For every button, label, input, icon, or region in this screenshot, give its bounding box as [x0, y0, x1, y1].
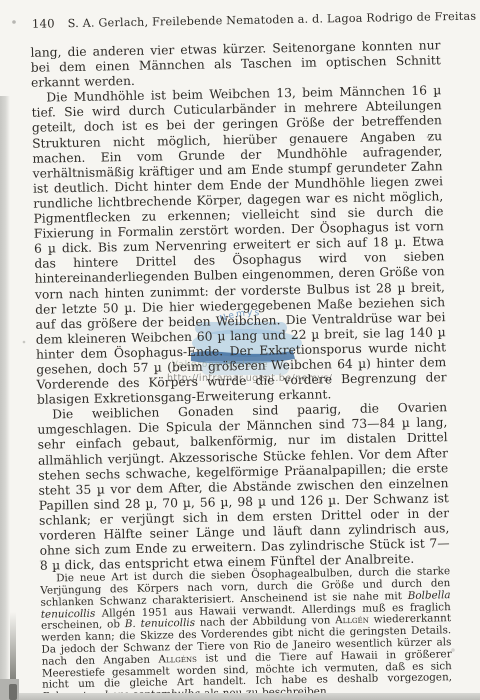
paragraph-discussion: Die neue Art ist durch die sieben Ösopha… — [40, 566, 452, 700]
running-head: 140 S. A. Gerlach, Freilebende Nematoden… — [32, 9, 438, 30]
text-body: lang, die anderen vier etwas kürzer. Sei… — [30, 38, 452, 700]
paragraph-gonaden: Die weiblichen Gonaden sind paarig, die … — [37, 400, 450, 574]
scan-corner-dark-spot — [9, 684, 17, 700]
paragraph-continuation: lang, die anderen vier etwas kürzer. Sei… — [30, 38, 441, 91]
scan-edge-bottom — [0, 693, 480, 700]
author-smallcaps: Allgén — [335, 614, 369, 627]
scanned-page: Nemys Vakgroep Biologie http://intramar.… — [0, 0, 480, 700]
author-smallcaps: Allgéns — [158, 653, 197, 666]
scan-edge-left — [0, 96, 10, 700]
paragraph-mundhoehle: Die Mundhöhle ist beim Weibchen 13, beim… — [31, 84, 447, 408]
running-title: S. A. Gerlach, Freilebende Nematoden a. … — [68, 10, 477, 30]
scan-dust-specks — [0, 0, 2, 2]
page-content: 140 S. A. Gerlach, Freilebende Nematoden… — [0, 0, 480, 700]
page-number: 140 — [32, 16, 55, 30]
